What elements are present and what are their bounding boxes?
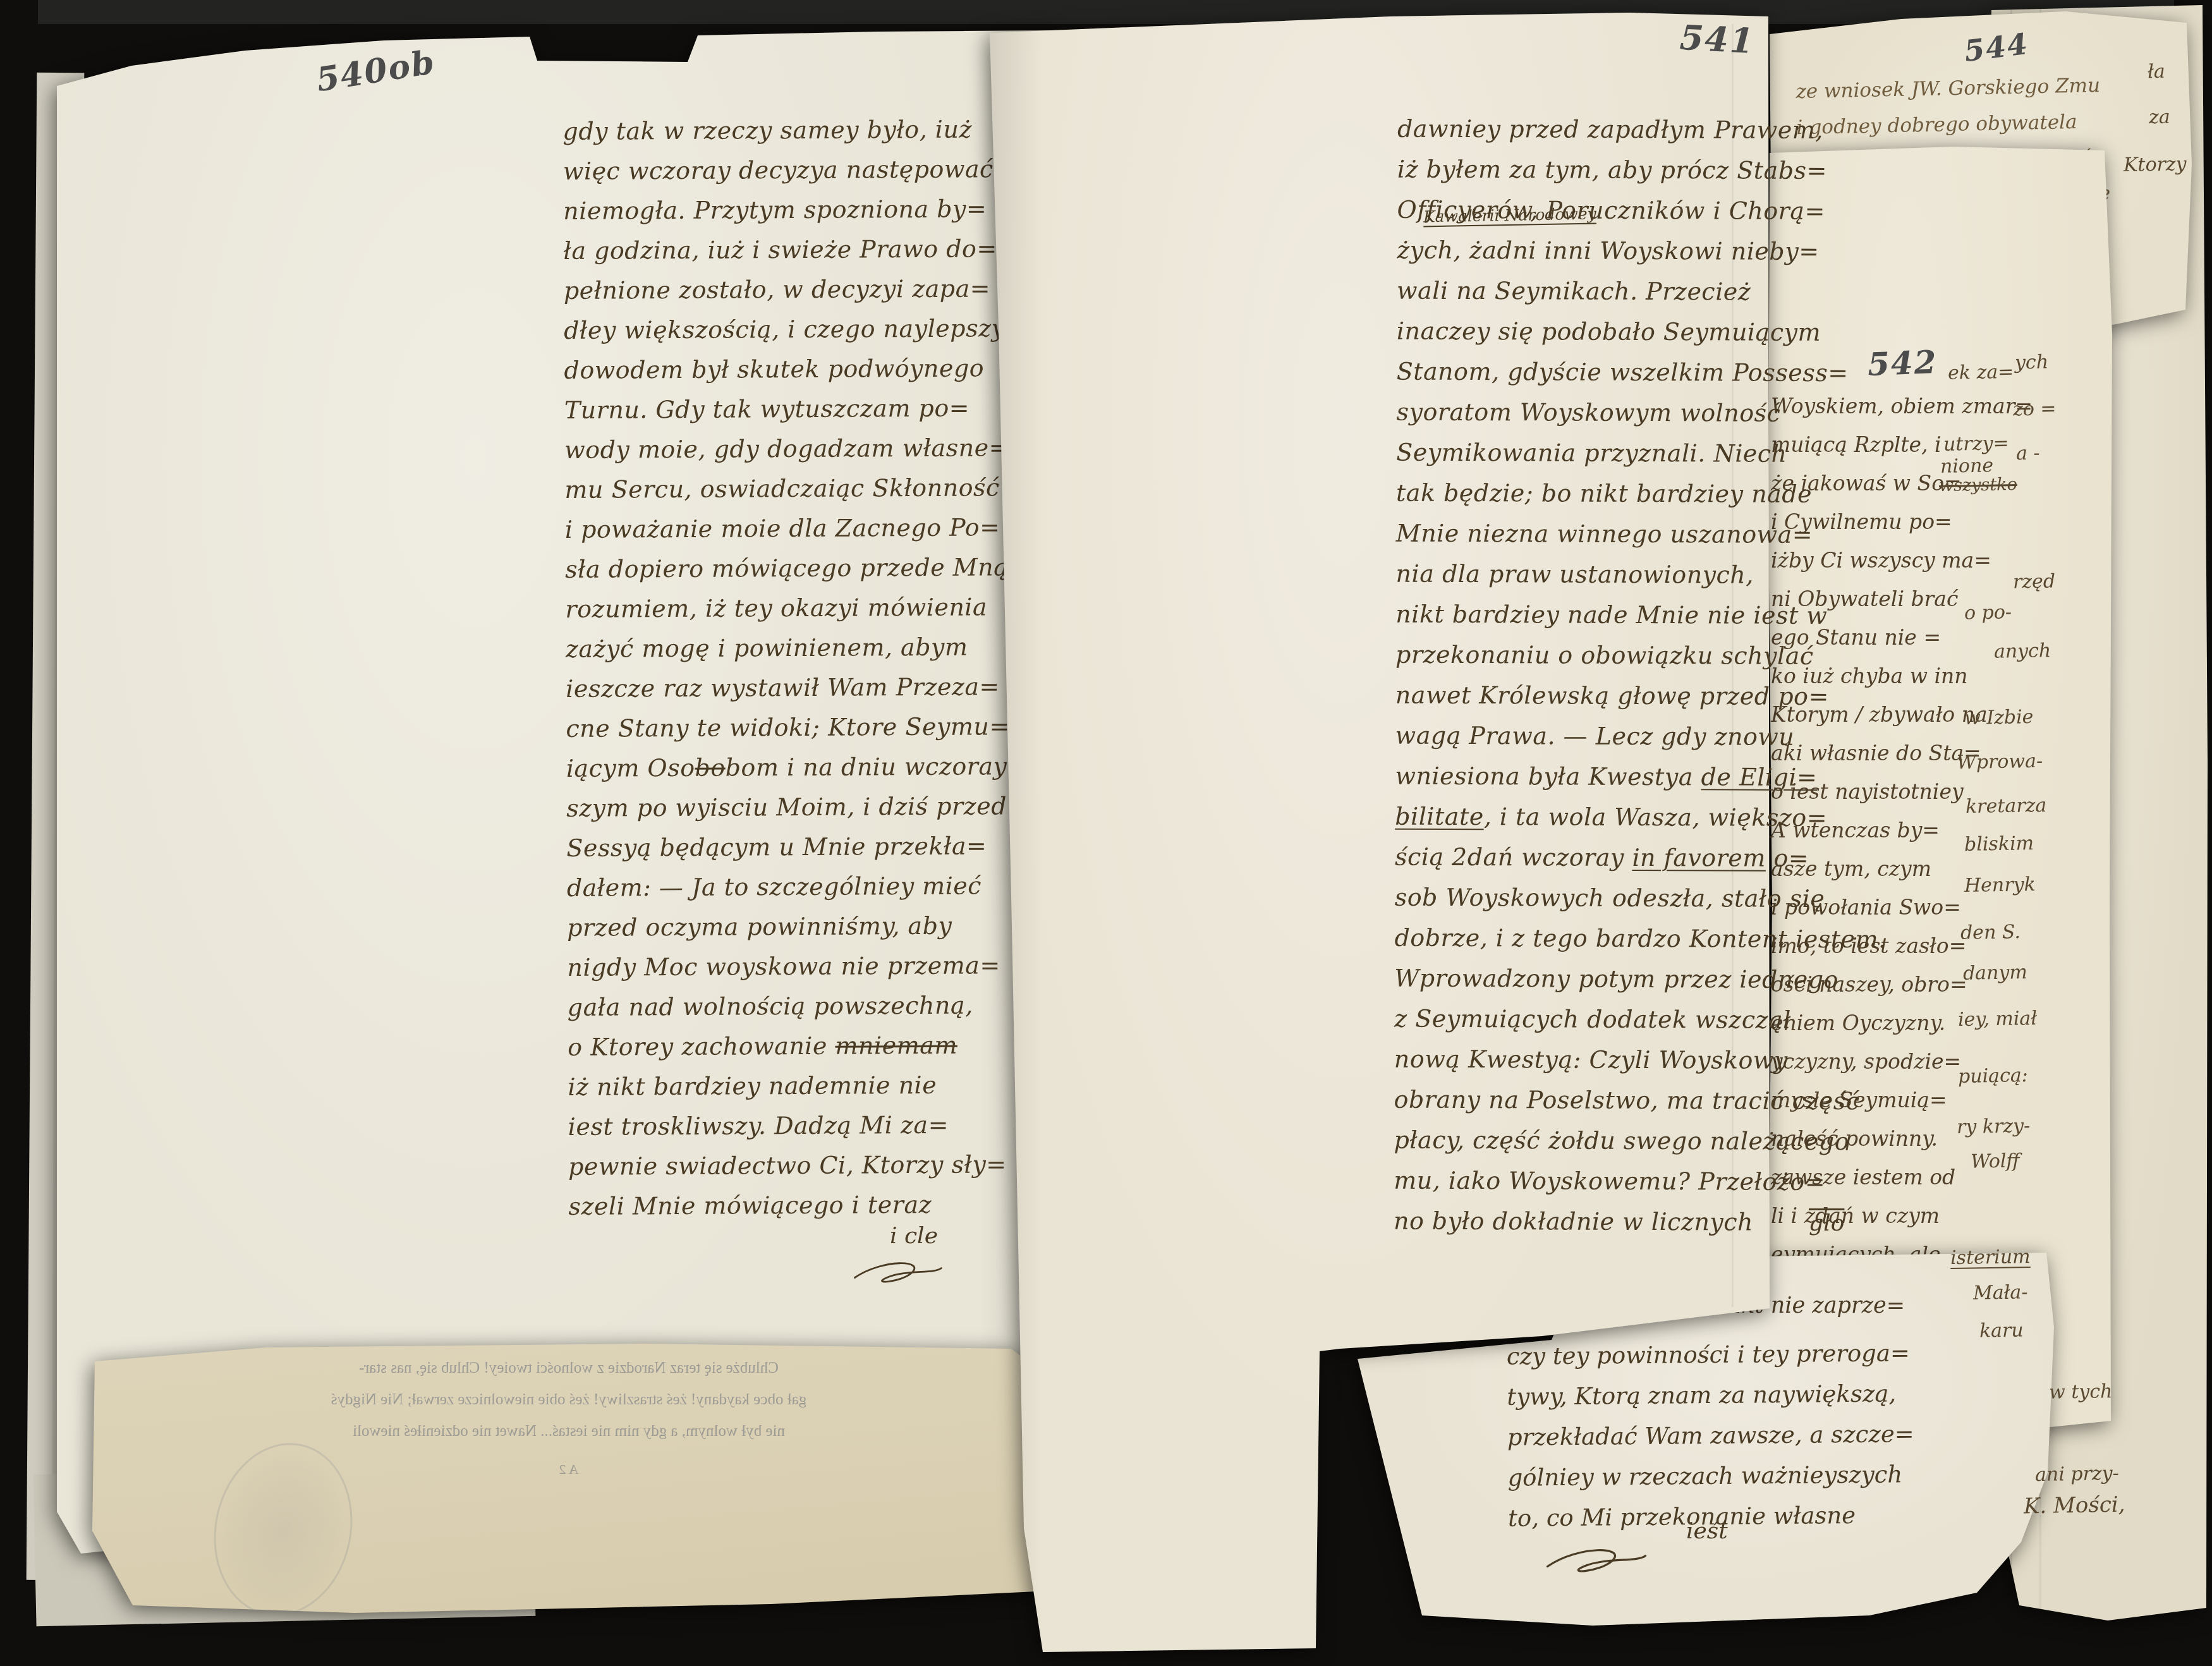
manuscript-line: Chlubże się teraz Narodzie z wolności tw… [126,1353,1011,1384]
edge-fragment: o po- [1964,601,2012,624]
edge-fragment: den S. [1960,921,2021,944]
manuscript-line: z Seymuiących dodatek wszczął [1394,999,1886,1041]
manuscript-line-segment: wali na Seymikach. Przecież [1397,277,1751,306]
manuscript-line-segment: niemogła. Przytym spozniona by= [563,195,987,225]
edge-fragment: rzęd [2013,570,2056,593]
manuscript-line: pewnie swiadectwo Ci, Ktorzy sły= [568,1145,1033,1187]
manuscript-line: nia dla praw ustanowionych, [1395,554,1887,596]
manuscript-line: gała nad wolnością powszechną, [568,985,1032,1028]
manuscript-line-segment: gdy tak w rzeczy samey było, iuż [562,116,972,145]
manuscript-line-segment: płacy, część żołdu swego należącego [1394,1126,1849,1156]
manuscript-line-segment: wagą Prawa. — Lecz gdy znowu [1395,722,1795,751]
manuscript-line-segment: ieszcze raz wystawił Wam Przeza= [566,672,1000,703]
manuscript-line: syoratom Woyskowym wolność [1396,392,1888,434]
manuscript-line: inaczey się podobało Seymuiącym [1397,311,1888,353]
manuscript-line: gdy tak w rzeczy samey było, iuż [562,109,1027,152]
edge-fragment: nione [1940,454,1994,477]
manuscript-line: nigdy Moc woyskowa nie przema= [567,945,1031,988]
manuscript-line-segment: iż nikt bardziey nademnie nie [568,1071,937,1101]
manuscript-line: mu, iako Woyskowemu? Przełożo= [1394,1160,1885,1203]
manuscript-line: mu Sercu, oswiadczaiąc Skłonność [564,468,1029,510]
manuscript-line-segment: cne Stany te widoki; Ktore Seymu= [566,712,1009,743]
edge-fragment: Wprowa- [1957,750,2043,774]
edge-fragment: anych [1994,640,2051,663]
manuscript-line: ze wniosek JW. Gorskiego Zmu [1796,68,2108,110]
manuscript-line: przekonaniu o obowiązku schylać [1395,635,1887,677]
gutter-shadow [986,11,1043,1661]
edge-fragment: Mała- [1973,1281,2028,1304]
edge-fragment: K. Mości, [2024,1492,2125,1519]
left-page-catchword: i cle [890,1223,938,1249]
manuscript-line-segment: pełnione zostało, w decyzyi zapa= [564,274,990,305]
middle-page-text: dawniey przed zapadłym Prawem,iż byłem z… [1394,109,1889,1243]
manuscript-line-segment: Stanom, gdyście wszelkim Possess= [1397,358,1849,387]
manuscript-line: szym po wyisciu Moim, i dziś przed [566,786,1031,829]
edge-fragment: ry krzy- [1957,1115,2031,1138]
edge-fragment: Henryk [1964,873,2036,897]
manuscript-line-segment: gała nad wolnością powszechną, [568,992,973,1021]
edge-fragment: Ktorzy [2124,153,2187,176]
manuscript-line: o Ktorey zachowanie mniemam [568,1025,1032,1067]
manuscript-line-segment: tak będzie; bo nikt bardziey nade [1396,479,1812,508]
manuscript-line: Seymikowania przyznali. Niech [1396,432,1888,475]
manuscript-line: ścią 2dań wczoray in favorem o= [1395,837,1887,879]
manuscript-line-segment: nikt bardziey nade Mnie nie iest w [1395,600,1827,629]
manuscript-line: bilitate, i ta wola Wasza, większo= [1395,796,1887,839]
edge-fragment-struck: wszystko [1939,475,2017,496]
manuscript-line-segment: Sessyą będącym u Mnie przekła= [566,832,987,861]
manuscript-line: iż nikt bardziey nademnie nie [568,1065,1032,1107]
manuscript-line-segment: dowodem był skutek podwóynego [564,354,984,384]
manuscript-line-segment: zażyć mogę i powinienem, abym [566,633,968,663]
verso-print-sheet-wrap: Chlubże się teraz Narodzie z wolności tw… [88,1341,1057,1619]
manuscript-line-segment: inaczey się podobało Seymuiącym [1397,317,1821,346]
manuscript-line: sła dopiero mówiącego przede Mną, [565,547,1030,590]
manuscript-line: cne Stany te widoki; Ktore Seymu= [566,707,1030,749]
middle-page-catchword: gło [1809,1210,1844,1236]
manuscript-line-segment: o= [1766,844,1809,872]
edge-fragment: karu [1979,1319,2024,1342]
manuscript-line: wali na Seymikach. Przecież [1397,271,1888,313]
verso-print-text: Chlubże się teraz Narodzie z wolności tw… [126,1353,1011,1447]
manuscript-line-segment: bom i na dniu wczoray= [726,752,1028,782]
manuscript-line-segment: dłey większością, i czego naylepszym [564,314,1028,344]
left-page-text: gdy tak w rzeczy samey było, iużwięc wcz… [562,109,1033,1227]
manuscript-line-segment: mu Sercu, oswiadczaiąc Skłonność [564,473,999,504]
manuscript-line: i poważanie moie dla Zacnego Po= [565,508,1030,550]
manuscript-line-segment: ła godzina, iuż i swieże Prawo do= [563,234,997,265]
manuscript-line: tak będzie; bo nikt bardziey nade [1396,473,1888,515]
edge-fragment-underlined: isterium [1950,1246,2031,1269]
manuscript-line: żych, żadni inni Woyskowi nieby= [1397,230,1888,272]
manuscript-line-segment: ścią 2dań wczoray [1395,843,1632,872]
manuscript-line-segment: o Ktorey zachowanie [568,1032,836,1061]
manuscript-line: więc wczoray decyzya następować [563,149,1028,192]
manuscript-line: wniesiona była Kwestya de Eligi= [1395,756,1887,798]
edge-fragment: w Izbie [1964,706,2034,729]
interlinear-insertion: Kawalerii Narodowey [1423,205,1596,226]
manuscript-line: iącym Osobobom i na dniu wczoray= [566,746,1031,789]
edge-fragment: utrzy= [1943,432,2009,456]
manuscript-line-segment: nie był wolnym, a gdy nim nie iestaś... … [353,1423,785,1440]
manuscript-line: płacy, część żołdu swego należącego [1394,1120,1885,1162]
manuscript-line-segment: de Eligi= [1701,763,1817,791]
manuscript-line: pełnione zostało, w decyzyi zapa= [564,269,1028,311]
ink-flourish [850,1255,945,1291]
manuscript-line: Sessyą będącym u Mnie przekła= [566,826,1031,868]
manuscript-line-segment: bilitate [1395,803,1484,830]
manuscript-line-segment: no było dokładnie w licznych [1394,1207,1753,1236]
manuscript-line-segment: mu, iako Woyskowemu? Przełożo= [1394,1167,1825,1196]
edge-fragment: w tych [2049,1380,2113,1404]
manuscript-line: iż byłem za tym, aby prócz Stabs= [1397,149,1889,192]
manuscript-line: szeli Mnie mówiącego i teraz [568,1184,1033,1227]
manuscript-line-segment: i poważanie moie dla Zacnego Po= [565,513,1000,544]
edge-fragment: kretarza [1966,794,2047,818]
manuscript-line-segment: wniesiona była Kwestya [1395,762,1701,791]
manuscript-line: nikt bardziey nade Mnie nie iest w [1395,594,1887,636]
manuscript-line: niemogła. Przytym spozniona by= [563,189,1028,231]
manuscript-line: dłey większością, i czego naylepszym [564,308,1028,351]
edge-fragment: danym [1963,961,2027,985]
manuscript-line-segment: dobrze, i z tego bardzo Kontent iestem. [1394,924,1886,954]
manuscript-line: zażyć mogę i powinienem, abym [566,627,1030,669]
edge-fragment: ła [2148,61,2165,83]
manuscript-line-segment: ze wniosek JW. Gorskiego Zmu [1796,74,2100,103]
edge-fragment: a - [2016,442,2040,465]
manuscript-line-segment: Seymikowania przyznali. Niech [1396,439,1787,468]
manuscript-line: iest troskliwszy. Dadzą Mi za= [568,1105,1033,1147]
manuscript-line: dałem: — Ja to szczególniey mieć [567,866,1031,908]
folio-number-541: 541 [1679,17,1756,61]
edge-fragment: Wolff [1971,1150,2020,1172]
manuscript-line-segment: in favorem [1632,844,1766,872]
manuscript-line-segment: nia dla praw ustanowionych, [1395,560,1754,589]
manuscript-line-segment: nawet Królewską głowę przed po= [1395,681,1829,710]
manuscript-line-segment: iest troskliwszy. Dadzą Mi za= [568,1111,949,1141]
manuscript-line-segment: rozumiem, iż tey okazyi mówienia [565,593,987,623]
manuscript-line: nową Kwestyą: Czyli Woyskowy [1394,1039,1886,1081]
manuscript-line-segment: przed oczyma powinniśmy, aby [567,912,952,942]
manuscript-line: rozumiem, iż tey okazyi mówienia [565,587,1030,629]
manuscript-line-segment: szym po wyisciu Moim, i dziś przed [566,792,1007,822]
manuscript-line-segment: Wprowadzony potym przez iednego [1394,964,1838,994]
manuscript-line: ła godzina, iuż i swieże Prawo do= [563,229,1028,271]
manuscript-line: ieszcze raz wystawił Wam Przeza= [566,667,1030,709]
manuscript-line-segment: szeli Mnie mówiącego i teraz [568,1191,932,1220]
edge-fragment: bliskim [1964,832,2034,856]
manuscript-line: dawniey przed zapadłym Prawem, [1397,109,1889,151]
manuscript-line-segment: przekonaniu o obowiązku schylać [1395,641,1814,670]
edge-fragment: zo = [2013,398,2057,420]
edge-fragment: ani przy- [2035,1462,2119,1486]
manuscript-line-segment: gał obce kaydany! żeś straszliwy! żeś ob… [331,1391,807,1408]
manuscript-line-segment: sob Woyskowych odeszła, stało się [1395,884,1825,913]
manuscript-line: Wprowadzony potym przez iednego [1394,958,1886,1000]
manuscript-line: nie był wolnym, a gdy nim nie iestaś... … [126,1416,1011,1447]
manuscript-line-segment: sła dopiero mówiącego przede Mną, [565,553,1016,583]
manuscript-line: dowodem był skutek podwóynego [564,348,1028,391]
manuscript-line-segment: pewnie swiadectwo Ci, Ktorzy sły= [568,1150,1007,1181]
manuscript-line-segment: wody moie, gdy dogadzam własne= [564,434,1009,464]
manuscript-scan: 544 ze wniosek JW. Gorskiego Zmui godney… [0,0,2212,1666]
manuscript-line-segment: Chlubże się teraz Narodzie z wolności tw… [359,1359,779,1377]
manuscript-line: Stanom, gdyście wszelkim Possess= [1397,351,1888,394]
manuscript-line: Mnie niezna winnego uszanowa= [1396,513,1888,556]
manuscript-line: Turnu. Gdy tak wytuszczam po= [564,388,1029,430]
manuscript-line-segment: syoratom Woyskowym wolność [1396,398,1780,427]
manuscript-line-segment: żych, żadni inni Woyskowi nieby= [1397,236,1819,265]
manuscript-line: dobrze, i z tego bardzo Kontent iestem. [1394,918,1886,960]
manuscript-line: przed oczyma powinniśmy, aby [567,906,1031,948]
manuscript-line-segment: iż byłem za tym, aby prócz Stabs= [1397,155,1827,185]
manuscript-line-segment: z Seymuiących dodatek wszczął [1394,1005,1791,1034]
manuscript-line-segment: Mnie niezna winnego uszanowa= [1396,520,1813,549]
manuscript-line-segment: iącym Oso [566,754,695,782]
manuscript-line-segment: dawniey przed zapadłym Prawem, [1397,115,1823,144]
manuscript-line-segment: mniemam [835,1031,957,1060]
edge-fragment: za [2149,106,2170,129]
manuscript-line-segment: więc wczoray decyzya następować [563,155,994,185]
manuscript-line: wody moie, gdy dogadzam własne= [564,428,1029,470]
manuscript-line-segment: Turnu. Gdy tak wytuszczam po= [564,394,969,424]
edge-fragment: ek za= [1948,361,2014,384]
manuscript-line-segment: dałem: — Ja to szczególniey mieć [567,872,982,901]
manuscript-line-segment: nową Kwestyą: Czyli Woyskowy [1394,1045,1788,1074]
edge-fragment: ych [2015,351,2049,374]
manuscript-line-segment: nigdy Moc woyskowa nie przema= [567,951,1000,982]
edge-fragment: puiącą: [1958,1064,2028,1088]
edge-fragment: iey, miał [1958,1007,2038,1031]
manuscript-line-segment: bo [695,754,725,782]
manuscript-line: nawet Królewską głowę przed po= [1395,675,1887,717]
manuscript-line-segment: obrany na Poselstwo, ma tracić część [1394,1086,1860,1116]
verso-print-sheet: Chlubże się teraz Narodzie z wolności tw… [88,1341,1057,1619]
manuscript-line-segment: , i ta wola Wasza, większo= [1484,803,1828,832]
manuscript-line: obrany na Poselstwo, ma tracić część [1394,1079,1886,1122]
manuscript-line: wagą Prawa. — Lecz gdy znowu [1395,715,1887,758]
manuscript-line: sob Woyskowych odeszła, stało się [1395,877,1887,920]
manuscript-line: gał obce kaydany! żeś straszliwy! żeś ob… [126,1384,1011,1416]
